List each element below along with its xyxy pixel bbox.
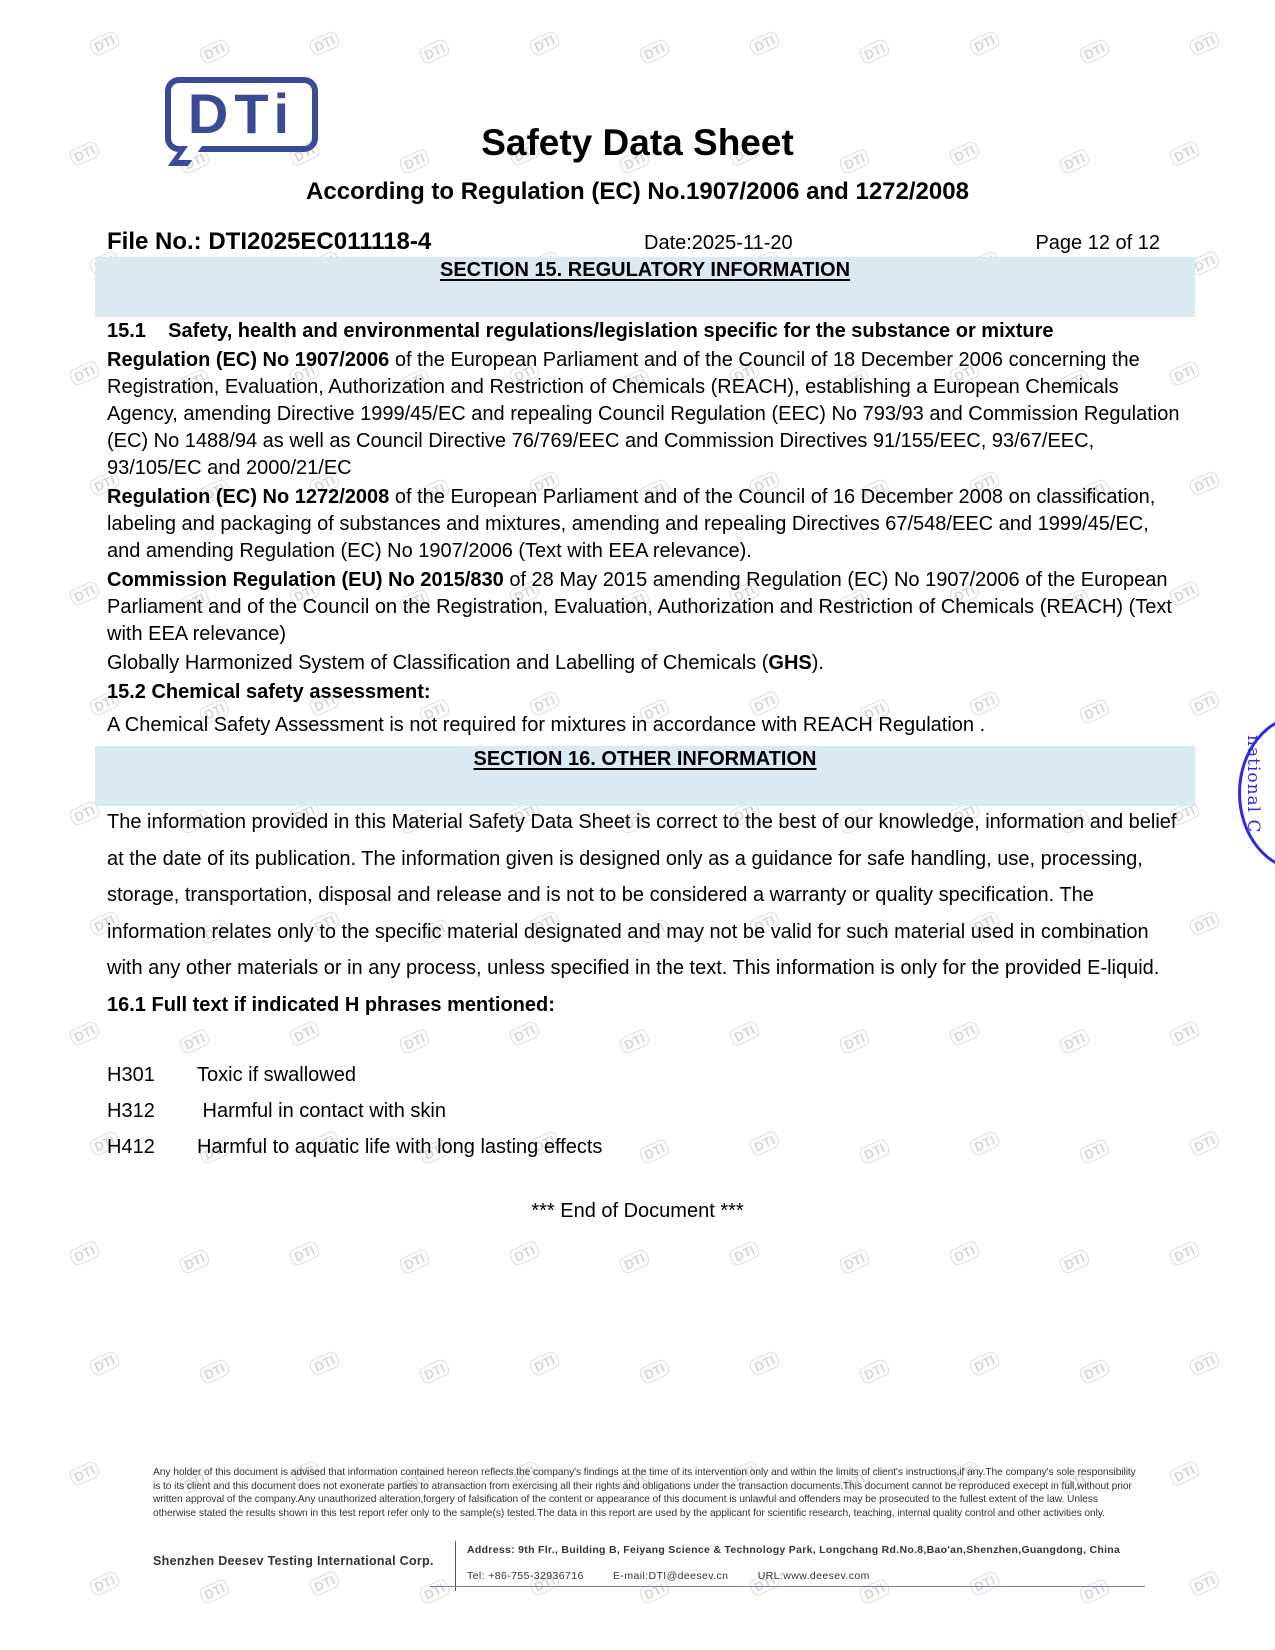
regulation-2015-830: Commission Regulation (EU) No 2015/830 o… [107, 567, 1187, 648]
watermark-icon: DTI [748, 1130, 781, 1158]
h-description: Harmful to aquatic life with long lastin… [197, 1136, 602, 1158]
watermark-icon: DTI [948, 1020, 981, 1048]
end-of-document: *** End of Document *** [0, 1200, 1275, 1223]
h-description: Toxic if swallowed [197, 1064, 356, 1086]
footer-rule [430, 1586, 1145, 1587]
subsection-15-2-heading: 15.2 Chemical safety assessment: [107, 679, 1187, 706]
watermark-icon: DTI [508, 1240, 541, 1268]
ghs-suffix: ). [812, 652, 824, 674]
watermark-icon: DTI [1188, 1130, 1221, 1158]
watermark-icon: DTI [1188, 690, 1221, 718]
section-16-header: SECTION 16. OTHER INFORMATION [95, 746, 1195, 806]
watermark-icon: DTI [748, 1350, 781, 1378]
page-title: Safety Data Sheet [0, 122, 1275, 164]
watermark-icon: DTI [638, 38, 671, 66]
subsection-15-1-heading: 15.1 Safety, health and environmental re… [107, 318, 1187, 345]
watermark-icon: DTI [308, 1350, 341, 1378]
watermark-icon: DTI [68, 1240, 101, 1268]
watermark-icon: DTI [838, 1028, 871, 1056]
watermark-icon: DTI [968, 1570, 1001, 1598]
watermark-icon: DTI [618, 1028, 651, 1056]
watermark-icon: DTI [1168, 1460, 1201, 1488]
watermark-icon: DTI [968, 1350, 1001, 1378]
watermark-icon: DTI [1188, 1570, 1221, 1598]
regulation-name: Regulation (EC) No 1907/2006 [107, 349, 389, 371]
h-phrase-row: H301Toxic if swallowed [107, 1064, 356, 1087]
watermark-icon: DTI [178, 1248, 211, 1276]
document-meta: File No.: DTI2025EC011118-4 Date:2025-11… [107, 228, 1160, 256]
page-subtitle: According to Regulation (EC) No.1907/200… [0, 178, 1275, 206]
section-15-body: 15.1 Safety, health and environmental re… [107, 318, 1187, 739]
watermark-icon: DTI [88, 1350, 121, 1378]
watermark-icon: DTI [418, 1578, 451, 1606]
watermark-icon: DTI [418, 38, 451, 66]
watermark-icon: DTI [68, 360, 101, 388]
watermark-icon: DTI [948, 1240, 981, 1268]
footer-disclaimer: Any holder of this document is advised t… [153, 1466, 1143, 1520]
section-16-title: SECTION 16. OTHER INFORMATION [95, 746, 1195, 771]
watermark-icon: DTI [528, 1350, 561, 1378]
h-phrase-row: H412Harmful to aquatic life with long la… [107, 1136, 602, 1159]
h-description: Harmful in contact with skin [197, 1100, 446, 1122]
watermark-icon: DTI [88, 1570, 121, 1598]
watermark-icon: DTI [418, 1358, 451, 1386]
watermark-icon: DTI [1168, 1020, 1201, 1048]
watermark-icon: DTI [88, 30, 121, 58]
subsection-16-1-heading: 16.1 Full text if indicated H phrases me… [107, 987, 1187, 1024]
watermark-icon: DTI [308, 30, 341, 58]
section-15-header: SECTION 15. REGULATORY INFORMATION [95, 257, 1195, 317]
h-code: H412 [107, 1136, 197, 1159]
watermark-icon: DTI [1078, 38, 1111, 66]
regulation-1907-2006: Regulation (EC) No 1907/2006 of the Euro… [107, 347, 1187, 482]
watermark-icon: DTI [68, 1020, 101, 1048]
watermark-icon: DTI [288, 1020, 321, 1048]
h-phrase-row: H312 Harmful in contact with skin [107, 1100, 446, 1123]
watermark-icon: DTI [728, 1020, 761, 1048]
other-information-text: The information provided in this Materia… [107, 804, 1187, 987]
watermark-icon: DTI [178, 1028, 211, 1056]
watermark-icon: DTI [508, 1020, 541, 1048]
ghs-reference: Globally Harmonized System of Classifica… [107, 650, 1187, 677]
chemical-safety-assessment-text: A Chemical Safety Assessment is not requ… [107, 712, 1187, 739]
watermark-icon: DTI [198, 1578, 231, 1606]
watermark-icon: DTI [198, 38, 231, 66]
document-date: Date:2025-11-20 [644, 232, 793, 255]
regulation-name: Commission Regulation (EU) No 2015/830 [107, 569, 504, 591]
footer-url[interactable]: URL:www.deesev.com [758, 1570, 870, 1582]
watermark-icon: DTI [1078, 1358, 1111, 1386]
watermark-icon: DTI [1058, 1248, 1091, 1276]
watermark-icon: DTI [1188, 910, 1221, 938]
ghs-prefix: Globally Harmonized System of Classifica… [107, 652, 768, 674]
watermark-icon: DTI [858, 1358, 891, 1386]
watermark-icon: DTI [528, 30, 561, 58]
footer-contact: Tel: +86-755-32936716 E-mail:DTI@deesev.… [467, 1570, 896, 1582]
watermark-icon: DTI [1058, 1028, 1091, 1056]
watermark-icon: DTI [1168, 1240, 1201, 1268]
watermark-icon: DTI [1188, 470, 1221, 498]
watermark-icon: DTI [398, 1248, 431, 1276]
watermark-icon: DTI [1188, 30, 1221, 58]
watermark-icon: DTI [968, 1130, 1001, 1158]
watermark-icon: DTI [638, 1358, 671, 1386]
h-code: H312 [107, 1100, 197, 1123]
watermark-icon: DTI [838, 1248, 871, 1276]
regulation-name: Regulation (EC) No 1272/2008 [107, 486, 389, 508]
stamp-text: national C [1243, 735, 1263, 834]
footer-tel: Tel: +86-755-32936716 [467, 1570, 584, 1582]
footer-divider [455, 1541, 456, 1591]
watermark-icon: DTI [288, 1240, 321, 1268]
ghs-abbrev: GHS [768, 652, 811, 674]
watermark-icon: DTI [858, 38, 891, 66]
watermark-icon: DTI [398, 1028, 431, 1056]
watermark-icon: DTI [638, 1138, 671, 1166]
watermark-icon: DTI [858, 1138, 891, 1166]
h-code: H301 [107, 1064, 197, 1087]
section-15-title: SECTION 15. REGULATORY INFORMATION [95, 257, 1195, 282]
watermark-icon: DTI [748, 30, 781, 58]
page-number: Page 12 of 12 [1035, 232, 1160, 255]
watermark-icon: DTI [198, 1358, 231, 1386]
watermark-icon: DTI [68, 580, 101, 608]
watermark-icon: DTI [68, 1460, 101, 1488]
regulation-1272-2008: Regulation (EC) No 1272/2008 of the Euro… [107, 484, 1187, 565]
watermark-icon: DTI [1078, 1138, 1111, 1166]
watermark-icon: DTI [968, 30, 1001, 58]
watermark-icon: DTI [618, 1248, 651, 1276]
section-16-body: The information provided in this Materia… [107, 804, 1187, 1023]
file-number: File No.: DTI2025EC011118-4 [107, 228, 431, 256]
footer-address: Address: 9th Flr., Building B, Feiyang S… [467, 1544, 1120, 1556]
watermark-icon: DTI [308, 1570, 341, 1598]
footer-company-name: Shenzhen Deesev Testing International Co… [153, 1554, 434, 1568]
watermark-icon: DTI [1188, 1350, 1221, 1378]
footer-email: E-mail:DTI@deesev.cn [613, 1570, 728, 1582]
watermark-icon: DTI [728, 1240, 761, 1268]
watermark-icon: DTI [1078, 1578, 1111, 1606]
